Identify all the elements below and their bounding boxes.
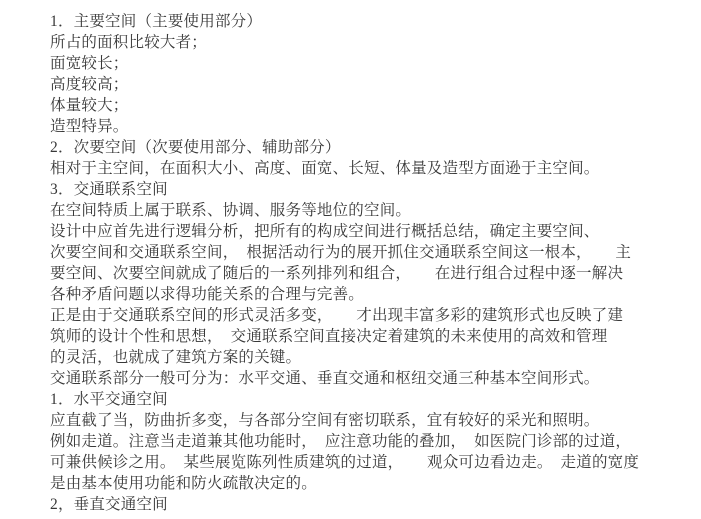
text-line: 要空间、次要空间就成了随后的一系列排列和组合， 在进行组合过程中逐一解决 <box>50 263 662 284</box>
text-line: 在空间特质上属于联系、协调、服务等地位的空间。 <box>50 200 662 221</box>
text-line: 所占的面积比较大者； <box>50 32 662 53</box>
text-line: 可兼供候诊之用。 某些展览陈列性质建筑的过道， 观众可边看边走。 走道的宽度 <box>50 452 662 473</box>
text-line: 高度较高； <box>50 74 662 95</box>
text-line: 体量较大； <box>50 95 662 116</box>
text-line: 例如走道。注意当走道兼其他功能时， 应注意功能的叠加， 如医院门诊部的过道， <box>50 431 662 452</box>
text-line: 正是由于交通联系空间的形式灵活多变， 才出现丰富多彩的建筑形式也反映了建 <box>50 305 662 326</box>
document-viewport: 1．主要空间（主要使用部分） 所占的面积比较大者； 面宽较长； 高度较高； 体量… <box>0 0 701 519</box>
heading-horizontal-traffic: 1．水平交通空间 <box>50 389 662 410</box>
text-line: 交通联系部分一般可分为：水平交通、垂直交通和枢纽交通三种基本空间形式。 <box>50 368 662 389</box>
text-line: 次要空间和交通联系空间， 根据活动行为的展开抓住交通联系空间这一根本， 主 <box>50 242 662 263</box>
text-line: 相对于主空间，在面积大小、高度、面宽、长短、体量及造型方面逊于主空间。 <box>50 158 662 179</box>
heading-secondary-space: 2．次要空间（次要使用部分、辅助部分） <box>50 137 662 158</box>
text-line: 设计中应首先进行逻辑分析，把所有的构成空间进行概括总结，确定主要空间、 <box>50 221 662 242</box>
text-line: 的灵活，也就成了建筑方案的关键。 <box>50 347 662 368</box>
text-line: 是由基本使用功能和防火疏散决定的。 <box>50 473 662 494</box>
text-line: 筑师的设计个性和思想， 交通联系空间直接决定着建筑的未来使用的高效和管理 <box>50 326 662 347</box>
document-page: 1．主要空间（主要使用部分） 所占的面积比较大者； 面宽较长； 高度较高； 体量… <box>50 11 662 515</box>
text-line: 各种矛盾问题以求得功能关系的合理与完善。 <box>50 284 662 305</box>
heading-main-space: 1．主要空间（主要使用部分） <box>50 11 662 32</box>
text-line: 造型特异。 <box>50 116 662 137</box>
heading-vertical-traffic: 2，垂直交通空间 <box>50 494 662 515</box>
heading-traffic-space: 3．交通联系空间 <box>50 179 662 200</box>
text-line: 面宽较长； <box>50 53 662 74</box>
text-line: 应直截了当，防曲折多变，与各部分空间有密切联系，宜有较好的采光和照明。 <box>50 410 662 431</box>
